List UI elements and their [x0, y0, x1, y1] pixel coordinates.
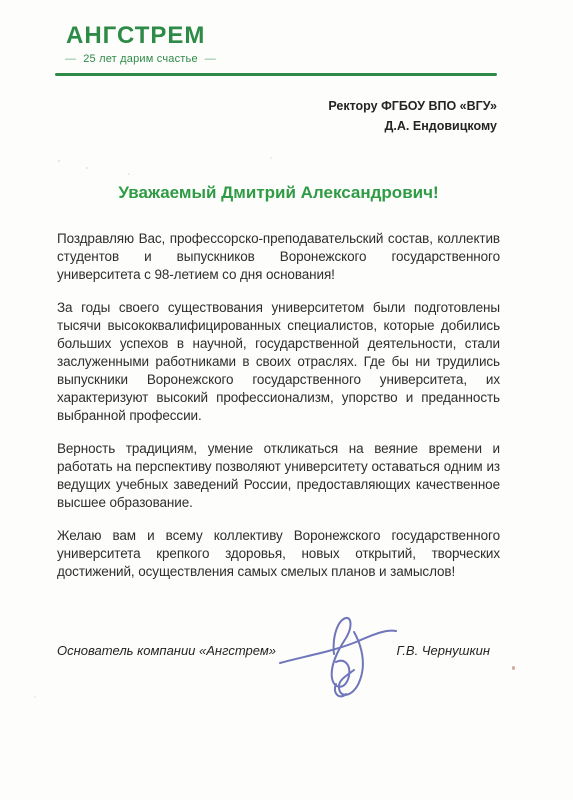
- letter-page: АНГСТРЕМ —25 лет дарим счастье— Ректору …: [0, 0, 573, 800]
- recipient-line-1: Ректору ФГБОУ ВПО «ВГУ»: [328, 96, 497, 116]
- paragraph-wishes: Желаю вам и всему коллективу Воронежског…: [57, 527, 500, 581]
- scan-speckle: [34, 696, 36, 698]
- scan-speckle: [128, 173, 130, 175]
- tagline-text: 25 лет дарим счастье: [83, 53, 198, 65]
- scan-speckle: [270, 157, 272, 159]
- signer-title: Основатель компании «Ангстрем»: [57, 643, 276, 658]
- signer-name: Г.В. Чернушкин: [397, 643, 490, 658]
- letterhead-divider: [55, 73, 497, 76]
- scan-speckle: [512, 666, 515, 670]
- scan-speckle: [86, 167, 88, 169]
- handwritten-signature-icon: [276, 606, 401, 701]
- paragraph-congratulation: Поздравляю Вас, профессорско-преподавате…: [57, 230, 500, 284]
- salutation: Уважаемый Дмитрий Александрович!: [57, 183, 500, 203]
- company-tagline: —25 лет дарим счастье—: [58, 53, 223, 65]
- recipient-block: Ректору ФГБОУ ВПО «ВГУ» Д.А. Ендовицкому: [328, 96, 497, 136]
- scan-speckle: [58, 160, 60, 162]
- paragraph-history: За годы своего существования университет…: [57, 299, 500, 425]
- tagline-dash-left: —: [58, 53, 83, 65]
- company-logo: АНГСТРЕМ: [66, 22, 223, 50]
- letterhead: АНГСТРЕМ —25 лет дарим счастье—: [66, 22, 223, 65]
- recipient-line-2: Д.А. Ендовицкому: [328, 116, 497, 136]
- tagline-dash-right: —: [198, 53, 223, 65]
- paragraph-traditions: Верность традициям, умение откликаться н…: [57, 440, 500, 512]
- letter-body: Поздравляю Вас, профессорско-преподавате…: [57, 230, 500, 581]
